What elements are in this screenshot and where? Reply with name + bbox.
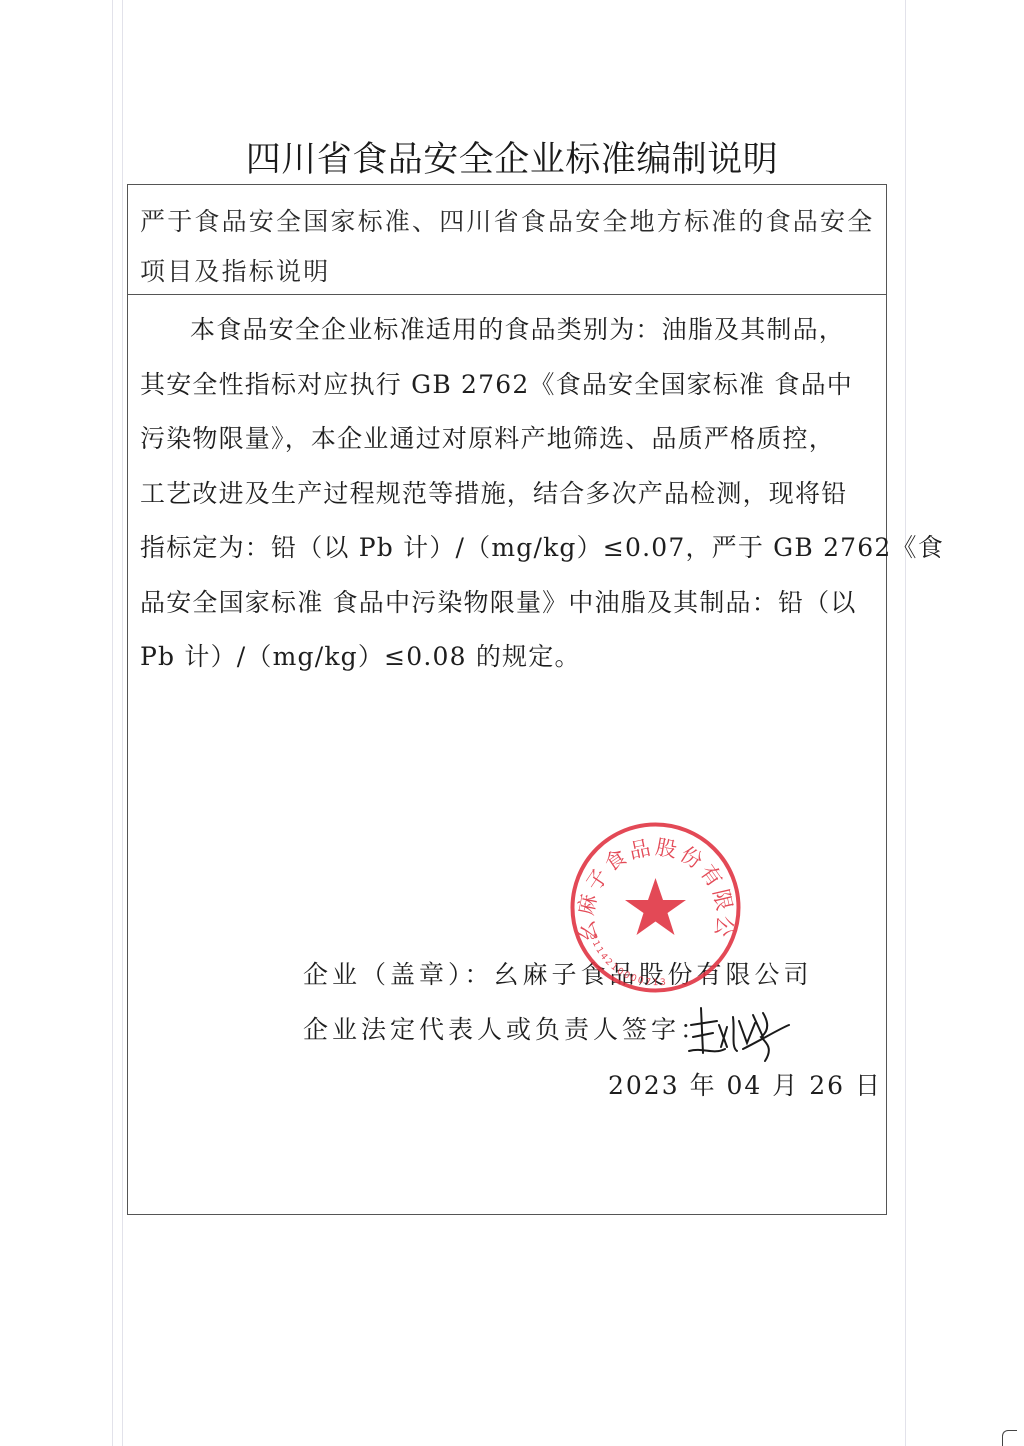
scan-artifact-line [112,0,113,1446]
body-line: 污染物限量》，本企业通过对原料产地筛选、品质严格质控， [140,412,878,467]
representative-signature-line: 企业法定代表人或负责人签字： [303,1010,709,1046]
body-line: 指标定为：铅（以 Pb 计）/（mg/kg）≤0.07，严于 GB 2762《食 [140,521,878,576]
scan-artifact-line [905,0,906,1446]
body-line: Pb 计）/（mg/kg）≤0.08 的规定。 [140,630,878,685]
document-date: 2023 年 04 月 26 日 [608,1066,882,1102]
scan-artifact-line [122,0,123,1446]
header-line: 项目及指标说明 [140,247,886,297]
table-header-cell: 严于食品安全国家标准、四川省食品安全地方标准的食品安全 项目及指标说明 [128,185,886,295]
body-line: 品安全国家标准 食品中污染物限量》中油脂及其制品：铅（以 [140,576,878,631]
scan-corner-mark [1002,1430,1017,1446]
company-seal-line: 企业（盖章）：幺麻子食品股份有限公司 [303,955,813,991]
table-body-cell: 本食品安全企业标准适用的食品类别为：油脂及其制品， 其安全性指标对应执行 GB … [140,303,878,685]
body-line: 其安全性指标对应执行 GB 2762《食品安全国家标准 食品中 [140,358,878,413]
body-line: 本食品安全企业标准适用的食品类别为：油脂及其制品， [140,303,878,358]
header-line: 严于食品安全国家标准、四川省食品安全地方标准的食品安全 [140,197,886,247]
document-title: 四川省食品安全企业标准编制说明 [0,132,1024,182]
body-line: 工艺改进及生产过程规范等措施，结合多次产品检测，现将铅 [140,467,878,522]
handwritten-signature [683,1003,793,1063]
